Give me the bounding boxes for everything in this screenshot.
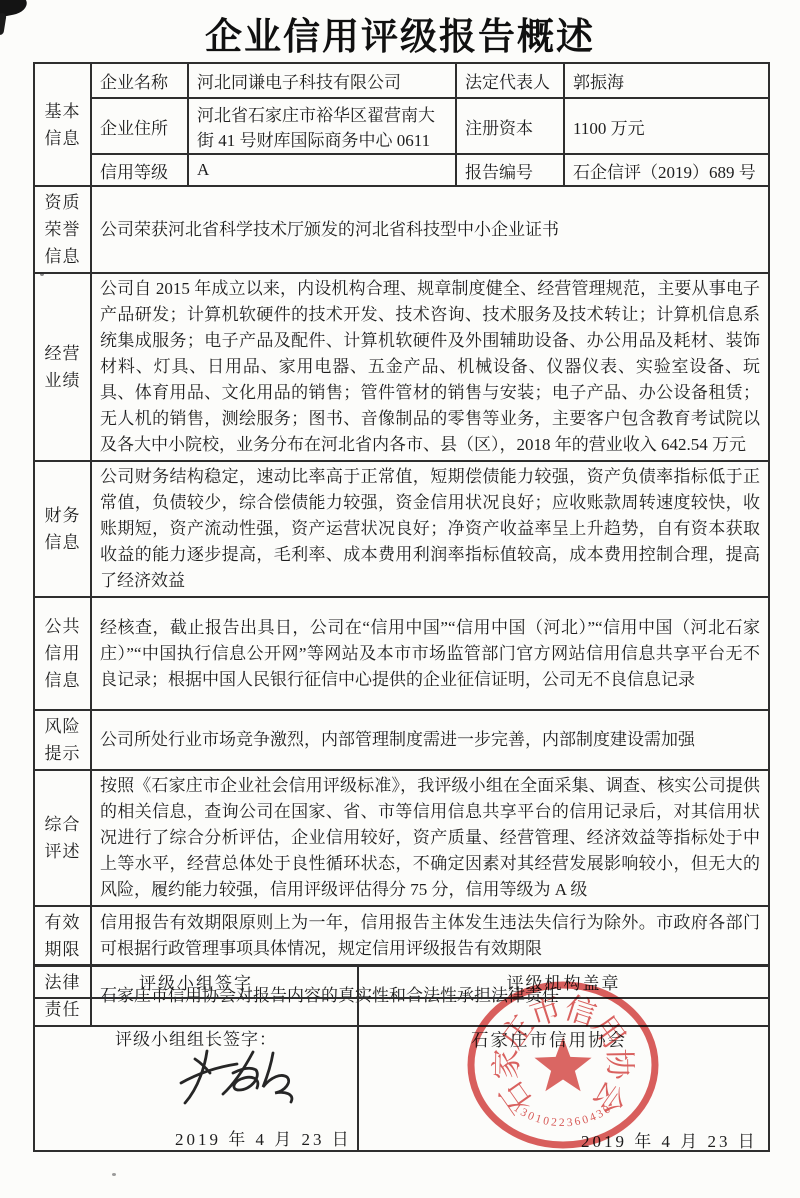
sig-date-left: 2019 年 4 月 23 日 — [175, 1125, 352, 1150]
section-label-validity: 有效 期限 — [34, 906, 91, 966]
section-content-risk: 公司所处行业市场竞争激烈，内部管理制度需进一步完善，内部制度建设需加强 — [91, 710, 769, 770]
section-content-financial: 公司财务结构稳定，速动比率高于正常值，短期偿债能力较强，资产负债率指标低于正常值… — [91, 461, 769, 597]
section-content-validity: 信用报告有效期限原则上为一年，信用报告主体发生违法失信行为除外。市政府各部门可根… — [91, 906, 769, 966]
report-table: 基本 信息 企业名称 河北同谦电子科技有限公司 法定代表人 郭振海 企业住所 河… — [33, 62, 770, 1027]
section-label-business: 经营 业绩 — [34, 273, 91, 461]
section-label-comprehensive: 综合 评述 — [34, 770, 91, 906]
table-row: 综合 评述 按照《石家庄市企业社会信用评级标准》，我评级小组在全面采集、调查、核… — [34, 770, 769, 906]
section-label-financial: 财务 信息 — [34, 461, 91, 597]
handwritten-signature — [173, 1047, 323, 1109]
value-legal-rep: 郭振海 — [564, 63, 769, 98]
sig-cell-left: 评级小组组长签字： 2019 年 4 月 23 日 — [34, 998, 358, 1151]
label-company-address: 企业住所 — [91, 98, 188, 154]
value-company-name: 河北同谦电子科技有限公司 — [188, 63, 456, 98]
sig-cell-right: 石家庄市信用协会 2019 年 4 月 23 日 — [358, 998, 769, 1151]
label-credit-rating: 信用等级 — [91, 154, 188, 186]
sig-header-left: 评级小组签字 — [34, 965, 358, 998]
value-report-number: 石企信评（2019）689 号 — [564, 154, 769, 186]
table-row: 基本 信息 企业名称 河北同谦电子科技有限公司 法定代表人 郭振海 — [34, 63, 769, 98]
table-row: 信用等级 A 报告编号 石企信评（2019）689 号 — [34, 154, 769, 186]
section-label-risk: 风险 提示 — [34, 710, 91, 770]
section-content-business: 公司自 2015 年成立以来，内设机构合理、规章制度健全、经营管理规范，主要从事… — [91, 273, 769, 461]
section-label-basic-info: 基本 信息 — [34, 63, 91, 186]
section-content-comprehensive: 按照《石家庄市企业社会信用评级标准》，我评级小组在全面采集、调查、核实公司提供的… — [91, 770, 769, 906]
signature-table: 评级小组签字 评级机构盖章 评级小组组长签字： — [33, 964, 770, 1152]
org-name: 石家庄市信用协会 — [471, 1027, 627, 1052]
label-registered-capital: 注册资本 — [456, 98, 564, 154]
table-row: 公共 信用 信息 经核查，截止报告出具日，公司在“信用中国”“信用中国（河北）”… — [34, 597, 769, 710]
section-label-public-credit: 公共 信用 信息 — [34, 597, 91, 710]
value-registered-capital: 1100 万元 — [564, 98, 769, 154]
table-row: 企业住所 河北省石家庄市裕华区翟营南大街 41 号财库国际商务中心 0611 注… — [34, 98, 769, 154]
table-row: 经营 业绩 公司自 2015 年成立以来，内设机构合理、规章制度健全、经营管理规… — [34, 273, 769, 461]
value-credit-rating: A — [188, 154, 456, 186]
scan-speck — [112, 1173, 116, 1176]
label-company-name: 企业名称 — [91, 63, 188, 98]
label-report-number: 报告编号 — [456, 154, 564, 186]
value-company-address: 河北省石家庄市裕华区翟营南大街 41 号财库国际商务中心 0611 — [188, 98, 456, 154]
section-label-qualification: 资质 荣誉 信息 — [34, 186, 91, 273]
section-content-qualification: 公司荣获河北省科学技术厅颁发的河北省科技型中小企业证书 — [91, 186, 769, 273]
page-title: 企业信用评级报告概述 — [0, 6, 800, 60]
sig-date-right: 2019 年 4 月 23 日 — [581, 1127, 758, 1152]
page-container: 企业信用评级报告概述 基本 信息 企业名称 河北同谦电子科技有限公司 法定代表人… — [0, 0, 800, 1198]
table-row: 评级小组组长签字： 2019 年 4 月 23 日 — [34, 998, 769, 1151]
table-row: 资质 荣誉 信息 公司荣获河北省科学技术厅颁发的河北省科技型中小企业证书 — [34, 186, 769, 273]
table-row: 风险 提示 公司所处行业市场竞争激烈，内部管理制度需进一步完善，内部制度建设需加… — [34, 710, 769, 770]
sig-header-right: 评级机构盖章 — [358, 965, 769, 998]
label-legal-rep: 法定代表人 — [456, 63, 564, 98]
table-row: 评级小组签字 评级机构盖章 — [34, 965, 769, 998]
table-row: 有效 期限 信用报告有效期限原则上为一年，信用报告主体发生违法失信行为除外。市政… — [34, 906, 769, 966]
section-content-public-credit: 经核查，截止报告出具日，公司在“信用中国”“信用中国（河北）”“信用中国（河北石… — [91, 597, 769, 710]
table-row: 财务 信息 公司财务结构稳定，速动比率高于正常值，短期偿债能力较强，资产负债率指… — [34, 461, 769, 597]
